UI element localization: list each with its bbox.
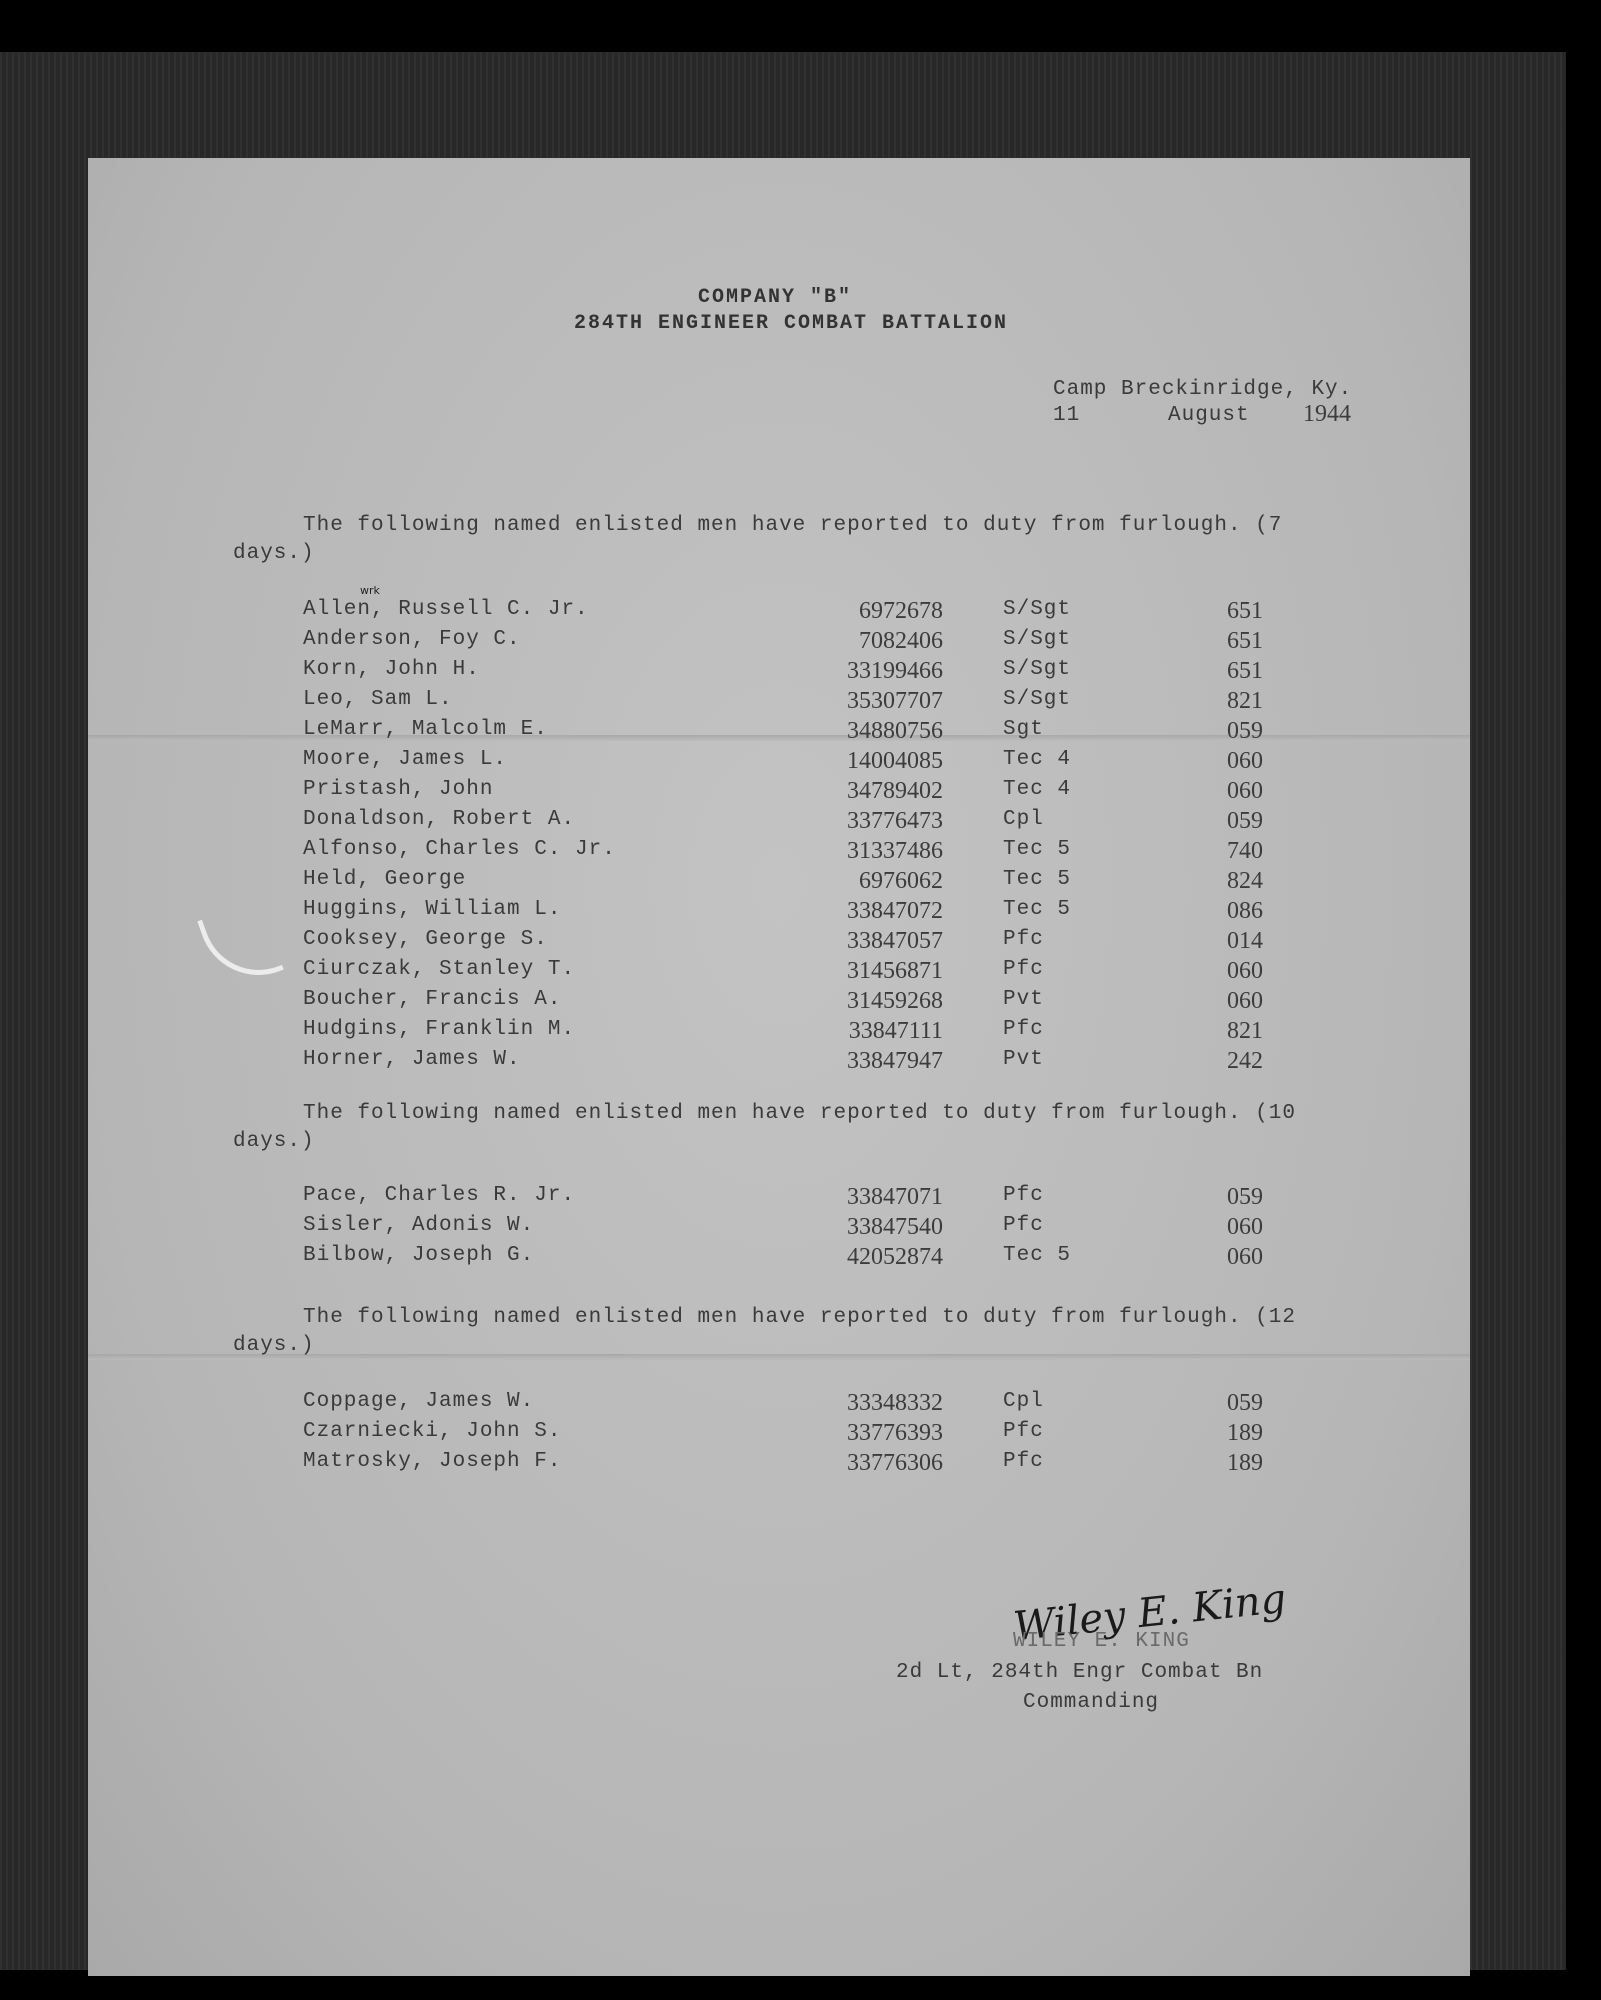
name: Cooksey, George S.	[303, 928, 548, 951]
name: Ciurczak, Stanley T.	[303, 958, 575, 981]
mos-code: 651	[1183, 628, 1263, 655]
name: Allen, Russell C. Jr.	[303, 598, 589, 621]
header-company: COMPANY "B"	[698, 286, 852, 309]
microfilm-border: COMPANY "B" 284TH ENGINEER COMBAT BATTAL…	[0, 52, 1566, 1970]
serial-number: 33847947	[703, 1048, 943, 1075]
serial-number: 31459268	[703, 988, 943, 1015]
table-row: Allen, Russell C. Jr.6972678S/Sgt651	[88, 598, 1470, 628]
name: Horner, James W.	[303, 1048, 521, 1071]
table-row: Alfonso, Charles C. Jr.31337486Tec 5740	[88, 838, 1470, 868]
name: Hudgins, Franklin M.	[303, 1018, 575, 1041]
rank: Tec 5	[1003, 898, 1071, 921]
rank: Pfc	[1003, 958, 1044, 981]
serial-number: 33847071	[703, 1184, 943, 1211]
table-row: Leo, Sam L.35307707S/Sgt821	[88, 688, 1470, 718]
name: Anderson, Foy C.	[303, 628, 521, 651]
table-row: Moore, James L.14004085Tec 4060	[88, 748, 1470, 778]
serial-number: 7082406	[703, 628, 943, 655]
serial-number: 33847072	[703, 898, 943, 925]
serial-number: 31337486	[703, 838, 943, 865]
serial-number: 33776473	[703, 808, 943, 835]
mos-code: 189	[1183, 1420, 1263, 1447]
serial-number: 42052874	[703, 1244, 943, 1271]
section-intro: The following named enlisted men have re…	[303, 514, 1282, 537]
mos-code: 821	[1183, 688, 1263, 715]
table-row: Coppage, James W.33348332Cpl059	[88, 1390, 1470, 1420]
name: Pristash, John	[303, 778, 493, 801]
rank: Pfc	[1003, 1214, 1044, 1237]
mos-code: 060	[1183, 958, 1263, 985]
serial-number: 33776306	[703, 1450, 943, 1477]
rank: S/Sgt	[1003, 598, 1071, 621]
rank: Tec 5	[1003, 868, 1071, 891]
serial-number: 34880756	[703, 718, 943, 745]
mos-code: 059	[1183, 808, 1263, 835]
table-row: Bilbow, Joseph G.42052874Tec 5060	[88, 1244, 1470, 1274]
name: Held, George	[303, 868, 466, 891]
name: Matrosky, Joseph F.	[303, 1450, 561, 1473]
mos-code: 060	[1183, 778, 1263, 805]
table-row: Hudgins, Franklin M.33847111Pfc821	[88, 1018, 1470, 1048]
table-row: Matrosky, Joseph F.33776306Pfc189	[88, 1450, 1470, 1480]
name: Alfonso, Charles C. Jr.	[303, 838, 616, 861]
signer-role: Commanding	[1023, 1691, 1159, 1714]
name: Czarniecki, John S.	[303, 1420, 561, 1443]
mos-code: 059	[1183, 1184, 1263, 1211]
table-row: LeMarr, Malcolm E.34880756Sgt059	[88, 718, 1470, 748]
name: Moore, James L.	[303, 748, 507, 771]
rank: Pfc	[1003, 928, 1044, 951]
date-month: August	[1168, 404, 1250, 427]
rank: S/Sgt	[1003, 628, 1071, 651]
name: LeMarr, Malcolm E.	[303, 718, 548, 741]
header-battalion: 284TH ENGINEER COMBAT BATTALION	[574, 312, 1008, 335]
serial-number: 33199466	[703, 658, 943, 685]
table-row: Sisler, Adonis W.33847540Pfc060	[88, 1214, 1470, 1244]
table-row: Ciurczak, Stanley T.31456871Pfc060	[88, 958, 1470, 988]
mos-code: 189	[1183, 1450, 1263, 1477]
serial-number: 33847540	[703, 1214, 943, 1241]
rank: Cpl	[1003, 1390, 1044, 1413]
table-row: Donaldson, Robert A.33776473Cpl059	[88, 808, 1470, 838]
name: Coppage, James W.	[303, 1390, 534, 1413]
name: Korn, John H.	[303, 658, 480, 681]
mos-code: 059	[1183, 718, 1263, 745]
name: Leo, Sam L.	[303, 688, 453, 711]
serial-number: 14004085	[703, 748, 943, 775]
table-row: Horner, James W.33847947Pvt242	[88, 1048, 1470, 1078]
mos-code: 060	[1183, 748, 1263, 775]
rank: Tec 4	[1003, 748, 1071, 771]
section-intro-cont: days.)	[233, 1130, 315, 1153]
mos-code: 060	[1183, 988, 1263, 1015]
mos-code: 651	[1183, 598, 1263, 625]
rank: Tec 5	[1003, 838, 1071, 861]
signer-typed-name: WILEY E. KING	[1013, 1630, 1190, 1653]
table-row: Pace, Charles R. Jr.33847071Pfc059	[88, 1184, 1470, 1214]
name: Bilbow, Joseph G.	[303, 1244, 534, 1267]
rank: Pfc	[1003, 1450, 1044, 1473]
table-row: Anderson, Foy C.7082406S/Sgt651	[88, 628, 1470, 658]
mos-code: 060	[1183, 1214, 1263, 1241]
rank: Tec 4	[1003, 778, 1071, 801]
mos-code: 651	[1183, 658, 1263, 685]
serial-number: 33847057	[703, 928, 943, 955]
handwritten-annotation: wrk	[360, 584, 380, 597]
section-intro-cont: days.)	[233, 1334, 315, 1357]
mos-code: 059	[1183, 1390, 1263, 1417]
mos-code: 060	[1183, 1244, 1263, 1271]
mos-code: 740	[1183, 838, 1263, 865]
rank: Pvt	[1003, 1048, 1044, 1071]
serial-number: 34789402	[703, 778, 943, 805]
name: Pace, Charles R. Jr.	[303, 1184, 575, 1207]
table-row: Held, George6976062Tec 5824	[88, 868, 1470, 898]
name: Huggins, William L.	[303, 898, 561, 921]
table-row: Korn, John H.33199466S/Sgt651	[88, 658, 1470, 688]
serial-number: 6976062	[703, 868, 943, 895]
name: Sisler, Adonis W.	[303, 1214, 534, 1237]
name: Boucher, Francis A.	[303, 988, 561, 1011]
mos-code: 086	[1183, 898, 1263, 925]
section-intro: The following named enlisted men have re…	[303, 1306, 1296, 1329]
rank: S/Sgt	[1003, 688, 1071, 711]
mos-code: 014	[1183, 928, 1263, 955]
document-page: COMPANY "B" 284TH ENGINEER COMBAT BATTAL…	[88, 158, 1470, 1976]
name: Donaldson, Robert A.	[303, 808, 575, 831]
serial-number: 35307707	[703, 688, 943, 715]
table-row: Pristash, John34789402Tec 4060	[88, 778, 1470, 808]
rank: Pfc	[1003, 1184, 1044, 1207]
mos-code: 824	[1183, 868, 1263, 895]
section-intro-cont: days.)	[233, 542, 315, 565]
mos-code: 242	[1183, 1048, 1263, 1075]
serial-number: 33847111	[703, 1018, 943, 1045]
rank: Cpl	[1003, 808, 1044, 831]
serial-number: 33776393	[703, 1420, 943, 1447]
table-row: Huggins, William L.33847072Tec 5086	[88, 898, 1470, 928]
table-row: Cooksey, George S.33847057Pfc014	[88, 928, 1470, 958]
serial-number: 6972678	[703, 598, 943, 625]
signer-title: 2d Lt, 284th Engr Combat Bn	[896, 1661, 1263, 1684]
serial-number: 33348332	[703, 1390, 943, 1417]
section-intro: The following named enlisted men have re…	[303, 1102, 1296, 1125]
serial-number: 31456871	[703, 958, 943, 985]
rank: Pvt	[1003, 988, 1044, 1011]
rank: Pfc	[1003, 1420, 1044, 1443]
rank: Sgt	[1003, 718, 1044, 741]
table-row: Boucher, Francis A.31459268Pvt060	[88, 988, 1470, 1018]
rank: S/Sgt	[1003, 658, 1071, 681]
rank: Pfc	[1003, 1018, 1044, 1041]
rank: Tec 5	[1003, 1244, 1071, 1267]
place: Camp Breckinridge, Ky.	[1053, 378, 1352, 401]
date-day: 11	[1053, 404, 1080, 427]
date-year: 1944	[1303, 401, 1351, 428]
mos-code: 821	[1183, 1018, 1263, 1045]
table-row: Czarniecki, John S.33776393Pfc189	[88, 1420, 1470, 1450]
